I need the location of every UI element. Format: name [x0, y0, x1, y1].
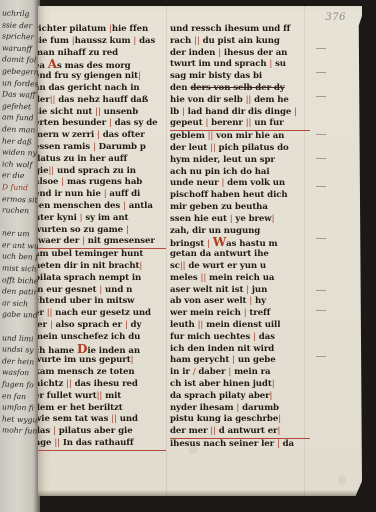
text-segment: auff di — [107, 189, 141, 199]
text-segment: das sy de — [112, 118, 158, 128]
verso-line: umfon fi — [2, 402, 38, 415]
text-line: sie sicht nut || unsenb — [34, 107, 166, 119]
text-line: uter kyni | sy im ant — [34, 213, 166, 225]
text-line: mern w zerri | das ofter — [34, 130, 166, 142]
text-line: wurten so zu game | — [34, 225, 166, 237]
text-line: sie fum |haussz kum | das — [34, 36, 166, 48]
text-segment: wurte im uns gepurt — [34, 355, 131, 365]
red-initial: D — [77, 344, 87, 356]
verso-line: uchrilg — [2, 7, 38, 20]
text-line: chtend uber in mitsw — [34, 296, 166, 308]
text-segment: mas rugens hab — [64, 177, 142, 187]
text-segment: hym nider, leut un spr — [170, 155, 275, 165]
text-segment: das — [136, 36, 155, 46]
text-segment: mein unschefez ich du — [34, 332, 140, 342]
text-segment: nit gmesenser — [85, 236, 155, 246]
red-initial: A — [48, 59, 57, 71]
text-line: end ir nun hie | auff di — [34, 189, 166, 201]
text-line: am ubel teminger hunt — [34, 249, 166, 261]
text-segment: am ubel teminger hunt — [34, 249, 143, 259]
text-line: geblem || von mir hie an — [170, 131, 310, 143]
verso-line: mohr funt — [2, 425, 38, 438]
text-segment: mir geben zu beutha — [170, 202, 268, 212]
text-segment: as hastu m — [226, 239, 277, 249]
text-segment: meles — [170, 273, 201, 283]
text-line: wer mein reich | treff — [170, 308, 310, 320]
verso-line: D fund — [2, 181, 38, 194]
text-line: leuth || mein dienst uill — [170, 320, 310, 332]
text-segment: mern w zerri — [34, 130, 97, 140]
text-segment: und ressch ihesum und ff — [170, 24, 290, 34]
text-segment: lb — [170, 107, 182, 117]
rubric-stroke: | — [138, 71, 141, 81]
text-segment: pistu kung ia geschrbe — [170, 414, 278, 424]
text-segment: nach eur gesetz und — [52, 308, 151, 318]
text-segment: bringst — [170, 239, 207, 249]
text-line: sc|| de wurt er yun u — [170, 261, 310, 273]
rubric-stroke: | — [294, 107, 297, 117]
text-segment: du pist ain kung — [200, 36, 280, 46]
text-segment: ch hame — [34, 346, 77, 356]
text-line: mein unschefez ich du — [34, 332, 166, 344]
text-segment: der mer — [170, 426, 210, 436]
text-segment: twurt im und sprach — [170, 59, 269, 69]
text-line: gie|| und sprach zu in — [34, 166, 166, 178]
text-line: und ressch ihesum und ff — [170, 24, 310, 36]
text-segment: end fru sy giengen nit — [34, 71, 138, 81]
text-segment: mein ra — [231, 367, 270, 377]
text-segment: sag mir bisty das bi — [170, 71, 262, 81]
text-line: unde neur | dem volk un — [170, 178, 310, 190]
verso-line: den man — [2, 123, 38, 136]
text-segment: in ir — [170, 367, 193, 377]
text-line: essen ramis | Darumb p — [34, 142, 166, 154]
text-segment: richter pilatum — [34, 24, 109, 34]
text-line: bringst | Was hastu m — [170, 237, 310, 249]
rubric-stroke: | — [139, 261, 142, 271]
text-segment: haussz kum — [75, 36, 134, 46]
text-segment: sie fum — [34, 36, 72, 46]
text-line: dem er het beriltzt — [34, 403, 166, 415]
text-line: ach nu pin ich do hai — [170, 167, 310, 179]
text-segment: ssen hie eut — [170, 214, 230, 224]
text-segment: wurten so zu game — [34, 225, 126, 235]
text-line: twurt im und sprach | su — [170, 59, 310, 71]
ruling-mark — [316, 48, 326, 49]
text-segment: su — [272, 59, 286, 69]
text-segment: darumb — [239, 403, 279, 413]
red-initial: W — [213, 237, 226, 249]
text-segment: sy im ant — [82, 213, 128, 223]
text-line: sen menschen des | antla — [34, 201, 166, 213]
ruling-mark — [316, 158, 326, 159]
verso-line: Das waff — [2, 89, 38, 102]
text-line: der mer || d antwurt er| — [170, 426, 310, 439]
text-segment: und n — [102, 285, 132, 295]
text-line: nichtz || das ihesu red — [34, 379, 166, 391]
text-line: in ir / daber | mein ra — [170, 367, 310, 379]
text-segment: dy — [128, 320, 142, 330]
text-column-left: richter pilatum |hie ffensie fum |haussz… — [34, 24, 166, 451]
text-line: man nihaff zu red — [34, 48, 166, 60]
text-segment: wie sem tat was — [34, 414, 111, 424]
text-segment: essen ramis — [34, 142, 93, 152]
ruling-mark — [316, 186, 326, 187]
text-segment: un gebe — [235, 355, 276, 365]
text-segment: geblem — [170, 131, 208, 141]
text-line: alsoe | mas rugens hab — [34, 177, 166, 189]
text-segment: pischoff haben heut dich — [170, 190, 288, 200]
text-line: gepeut | berenr || un fur — [170, 118, 310, 131]
text-segment: pilata sprach nempt in — [34, 273, 141, 283]
verso-text-lines: uchrilgssie derspricherwarunffdamit folg… — [2, 7, 38, 437]
folio-number: 376 — [325, 12, 346, 23]
text-segment: unsenb — [101, 107, 138, 117]
verso-line: ruchen — [2, 204, 38, 217]
text-line: mir geben zu beutha — [170, 202, 310, 214]
verso-line: fugen fo — [2, 378, 38, 391]
text-line: getan da antwurt ihe — [170, 249, 310, 261]
verso-page-edge: uchrilgssie derspricherwarunffdamit folg… — [0, 0, 40, 512]
text-segment: de wurt er yun u — [185, 261, 266, 271]
text-segment: mein reich ua — [206, 273, 274, 283]
verso-line: mist sich — [2, 262, 38, 275]
text-line: er || nach eur gesetz und — [34, 308, 166, 320]
text-line: end fru sy giengen nit| — [34, 71, 166, 83]
text-segment: da sprach pilaty aber — [170, 391, 270, 401]
text-segment: antla — [126, 201, 153, 211]
text-line: der inden | ihesus der an — [170, 48, 310, 60]
text-line: richter pilatum |hie ffen — [34, 24, 166, 36]
text-line: aser welt nit ist | jun — [170, 285, 310, 297]
text-line: wurte im uns gepurt| — [34, 355, 166, 367]
text-line: hym nider, leut un spr — [170, 155, 310, 167]
text-line: ihesus nach seiner ler | da — [170, 439, 310, 451]
text-line: ch hame Die inden an — [34, 344, 166, 356]
text-segment: erten besunder — [34, 118, 109, 128]
text-line: [waer der | nit gmesenser — [34, 236, 166, 249]
text-segment: leuth — [170, 320, 198, 330]
text-segment: hy — [252, 296, 266, 306]
text-segment: mit — [102, 391, 121, 401]
text-line: lb | lad hand dir dis dinge | — [170, 107, 310, 119]
text-segment: heten dir in nit bracht — [34, 261, 139, 271]
text-segment: das nehz hauff daß — [55, 95, 148, 105]
text-segment: da — [280, 439, 294, 449]
rubric-stroke: | — [272, 379, 275, 389]
ruling-mark — [316, 356, 326, 357]
struck-text: ders von selb der dy — [190, 83, 284, 93]
text-segment: sie sicht nut — [34, 107, 95, 117]
rubric-stroke: | — [278, 414, 281, 424]
text-line: kam mensch ze toten — [34, 367, 166, 379]
text-segment: rach — [170, 36, 194, 46]
text-segment: mein dienst uill — [203, 320, 280, 330]
text-segment: ie inden an — [87, 346, 140, 356]
text-segment: lad hand dir dis dinge — [185, 107, 294, 117]
text-segment: end ir nun hie — [34, 189, 104, 199]
rubric-stroke: | — [131, 355, 134, 365]
text-segment: In das rathauff — [60, 438, 134, 448]
text-segment: dem volk un — [224, 178, 285, 188]
text-line: der leut || pich pilatus do — [170, 143, 310, 155]
text-segment: ach nu pin ich do hai — [170, 167, 270, 177]
text-segment: ihesus der an — [221, 48, 287, 58]
text-line: erten besunder | das sy de — [34, 118, 166, 130]
text-segment: uter kyni — [34, 213, 80, 223]
text-line: ilatus zu in her auff — [34, 154, 166, 166]
text-segment: dem er het beriltzt — [34, 403, 123, 413]
text-segment: treff — [246, 308, 270, 318]
text-segment: hie ffen — [112, 24, 148, 34]
recto-page: 376 richter pilatum |hie ffensie fum |ha… — [38, 6, 362, 496]
rubric-stroke: | — [272, 214, 275, 224]
text-line: sag mir bisty das bi — [170, 71, 310, 83]
text-segment: der inden — [170, 48, 218, 58]
text-line: in eur gesnet | und n — [34, 285, 166, 297]
text-line: wie sem tat was || und — [34, 414, 166, 426]
text-line: ler | also sprach er | dy — [34, 320, 166, 332]
rubric-stroke: | — [277, 426, 280, 436]
verso-line: gebegern — [2, 65, 38, 78]
text-segment: von mir hie an — [213, 131, 284, 141]
text-segment: Darumb p — [96, 142, 146, 152]
verso-line: undsi sy — [2, 344, 38, 357]
text-line: der|| das nehz hauff daß — [34, 95, 166, 107]
parchment-stain — [338, 476, 346, 484]
text-line: er fullet wurt|| mit — [34, 391, 166, 403]
text-line: hie von dir selb || dem he — [170, 95, 310, 107]
text-segment: pilatus aber gie — [56, 426, 133, 436]
text-segment: ihesus nach seiner ler — [170, 439, 277, 449]
text-segment: ich den inden nit wird — [170, 344, 274, 354]
ruling-line — [166, 6, 167, 496]
ruling-mark — [316, 238, 326, 239]
verso-line: widen ny — [2, 146, 38, 159]
rubric-stroke: | — [270, 391, 273, 401]
text-segment: das ofter — [100, 130, 145, 140]
text-line: pistu kung ia geschrbe| — [170, 414, 310, 426]
text-segment: daber — [196, 367, 229, 377]
text-segment: aser welt nit ist — [170, 285, 246, 295]
verso-line: spricher — [2, 31, 38, 44]
text-line: rach || du pist ain kung — [170, 36, 310, 48]
text-line: fur mich uechtes | das — [170, 332, 310, 344]
text-segment: zah, dir un nugung — [170, 226, 260, 236]
text-segment: getan da antwurt ihe — [170, 249, 269, 259]
text-column-right: und ressch ihesum und ffrach || du pist … — [170, 24, 310, 451]
text-line: pilata sprach nempt in — [34, 273, 166, 285]
text-line: meles || mein reich ua — [170, 273, 310, 285]
text-segment: er fullet wurt — [34, 391, 97, 401]
text-line: nge || In das rathauff — [34, 438, 166, 451]
verso-line: den patir — [2, 286, 38, 299]
text-segment: berenr — [208, 118, 245, 128]
text-line: zah, dir un nugung — [170, 226, 310, 238]
text-line: heten dir in nit bracht| — [34, 261, 166, 273]
text-segment: sc — [170, 261, 180, 271]
text-segment: also sprach er — [53, 320, 125, 330]
text-segment: ham gerycht — [170, 355, 232, 365]
text-segment: fur mich uechtes — [170, 332, 253, 342]
text-segment: nyder ihesam — [170, 403, 236, 413]
text-segment: nichtz — [34, 379, 66, 389]
text-line: den ders von selb der dy — [170, 83, 310, 95]
text-segment: dem he — [251, 95, 289, 105]
text-segment: jun — [249, 285, 267, 295]
ruling-mark — [316, 72, 326, 73]
text-segment: un fur — [251, 118, 283, 128]
text-line: ch ist aber hinen judt| — [170, 379, 310, 391]
text-segment: ab von aser welt — [170, 296, 249, 306]
text-segment: der leut — [170, 143, 210, 153]
text-segment: sen menschen des — [34, 201, 123, 211]
text-segment: pich pilatus do — [216, 143, 289, 153]
manuscript-photo: uchrilgssie derspricherwarunffdamit folg… — [0, 0, 376, 512]
page-bottom-shadow — [38, 490, 362, 496]
text-segment: in eur gesnet — [34, 285, 99, 295]
text-segment: hie von dir selb — [170, 95, 246, 105]
text-segment: ch ist aber hinen judt — [170, 379, 272, 389]
ruling-mark — [316, 134, 326, 135]
text-segment: das ihesu red — [72, 379, 138, 389]
text-line: da sprach pilaty aber| — [170, 391, 310, 403]
text-segment: gepeut — [170, 118, 205, 128]
text-line: ea As mas des morg — [34, 59, 166, 71]
rubric-stroke: | — [126, 225, 129, 235]
text-line: an das gericht nach in — [34, 83, 166, 95]
text-segment: [waer der — [34, 236, 82, 246]
text-segment: alsoe — [34, 177, 61, 187]
text-segment: wer mein reich — [170, 308, 244, 318]
text-segment: und — [117, 414, 138, 424]
text-line: ssen hie eut | ye brew| — [170, 214, 310, 226]
ruling-mark — [316, 310, 326, 311]
text-line: ab von aser welt | hy — [170, 296, 310, 308]
text-segment: ilatus zu in her auff — [34, 154, 127, 164]
verso-line: gabe und — [2, 309, 38, 322]
text-line: pischoff haben heut dich — [170, 190, 310, 202]
text-line: nyder ihesam | darumb — [170, 403, 310, 415]
text-segment: d antwurt er — [216, 426, 278, 436]
text-line: ich den inden nit wird — [170, 344, 310, 356]
text-segment: unde neur — [170, 178, 221, 188]
text-segment: ye brew — [233, 214, 272, 224]
text-line: das | pilatus aber gie — [34, 426, 166, 438]
ruling-mark — [316, 96, 326, 97]
text-segment: kam mensch ze toten — [34, 367, 135, 377]
text-segment: s mas des morg — [57, 61, 131, 71]
text-segment: das — [256, 332, 275, 342]
text-segment: und sprach zu in — [54, 166, 136, 176]
text-segment: den — [170, 83, 190, 93]
text-segment: chtend uber in mitsw — [34, 296, 134, 306]
ruling-mark — [316, 290, 326, 291]
text-line: ham gerycht | un gebe — [170, 355, 310, 367]
text-segment: an das gericht nach in — [34, 83, 140, 93]
text-segment: man nihaff zu red — [34, 48, 118, 58]
